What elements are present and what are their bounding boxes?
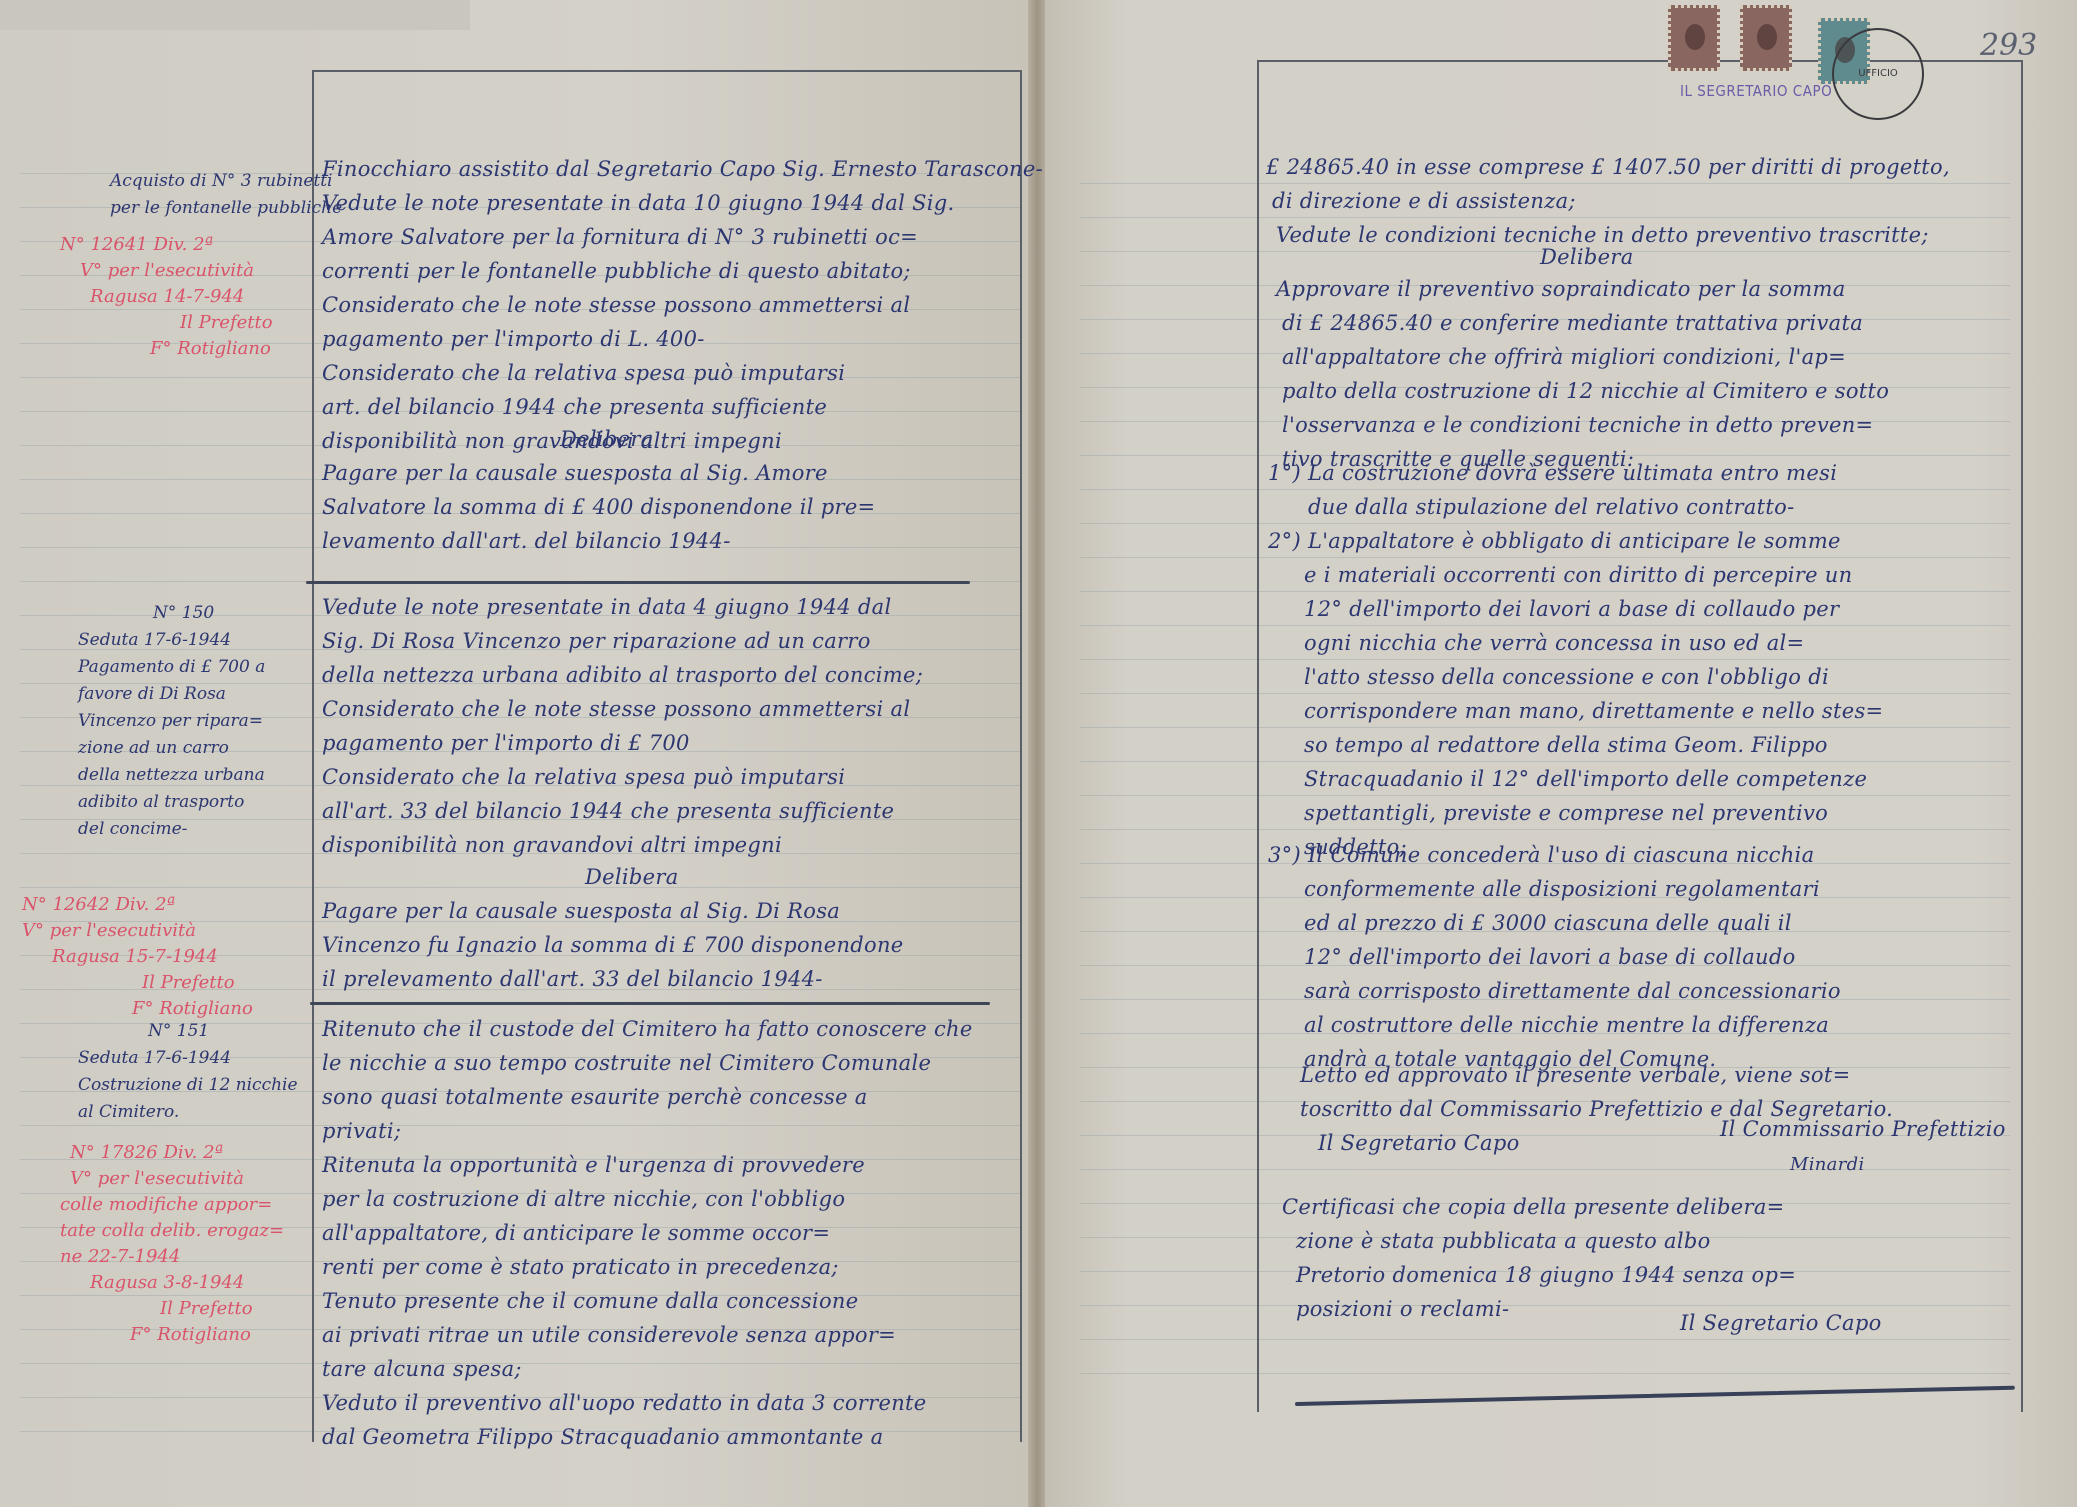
postmark-cancellation: UFFICIO <box>1832 28 1924 120</box>
right-resolution: Approvare il preventivo sopraindicato pe… <box>1276 272 1889 476</box>
right-intro: £ 24865.40 in esse comprese £ 1407.50 pe… <box>1266 150 1950 252</box>
certification-signature: Il Segretario Capo <box>1680 1306 1882 1340</box>
signature-segretario-title: Il Segretario Capo <box>1318 1126 1520 1160</box>
entry-1-resolution: Pagare per la causale suesposta al Sig. … <box>322 456 875 558</box>
condition-2: 2°) L'appaltatore è obbligato di anticip… <box>1268 524 1883 864</box>
margin-note-1-subject: Acquisto di N° 3 rubinetti per le fontan… <box>110 168 342 222</box>
entry-1-delibera-heading: Delibera <box>560 422 654 456</box>
entry-3-preamble: Ritenuto che il custode del Cimitero ha … <box>322 1012 973 1454</box>
signature-commissario-title: Il Commissario Prefettizio <box>1720 1112 2006 1146</box>
margin-note-3-subject: N° 151 Seduta 17-6-1944 Costruzione di 1… <box>78 1018 298 1126</box>
entry-divider-1 <box>306 581 970 584</box>
segretario-capo-stamp: IL SEGRETARIO CAPO <box>1680 82 1832 100</box>
entry-2-resolution: Pagare per la causale suesposta al Sig. … <box>322 894 904 996</box>
entry-2-preamble: Vedute le note presentate in data 4 giug… <box>322 590 923 862</box>
condition-1: 1°) La costruzione dovrà essere ultimata… <box>1268 456 1837 524</box>
margin-note-2-subject: N° 150 Seduta 17-6-1944 Pagamento di £ 7… <box>78 600 265 843</box>
right-delibera-heading: Delibera <box>1540 240 1634 274</box>
signature-commissario: Minardi <box>1790 1148 1865 1182</box>
condition-3: 3°) Il Comune concederà l'uso di ciascun… <box>1268 838 1841 1076</box>
scan-artifact-strip <box>0 0 470 30</box>
entry-1-preamble: Finocchiaro assistito dal Segretario Cap… <box>322 152 1043 458</box>
margin-note-3-approval: N° 17826 Div. 2ª V° per l'esecutività co… <box>70 1140 284 1348</box>
margin-note-1-approval: N° 12641 Div. 2ª V° per l'esecutività Ra… <box>60 232 273 362</box>
entry-2-delibera-heading: Delibera <box>585 860 679 894</box>
margin-note-2-approval: N° 12642 Div. 2ª V° per l'esecutività Ra… <box>22 892 253 1022</box>
entry-divider-2 <box>310 1002 990 1005</box>
page-number: 293 <box>1980 28 2037 63</box>
revenue-stamp-1 <box>1668 5 1720 71</box>
revenue-stamp-2 <box>1740 5 1792 71</box>
